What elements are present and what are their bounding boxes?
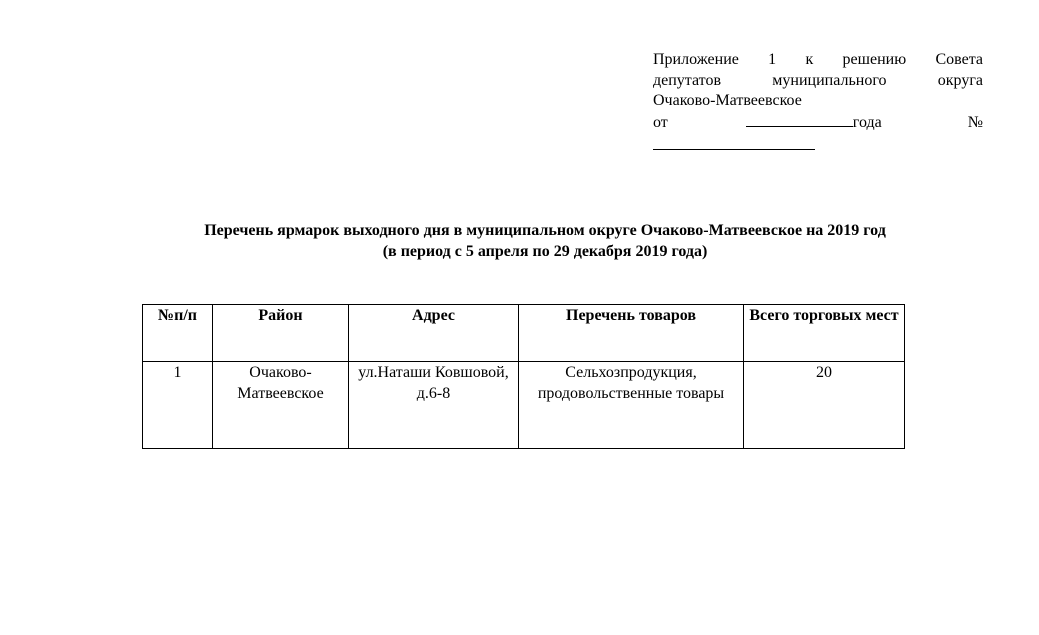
date-suffix: года [853, 113, 882, 134]
cell-district: Очаково-Матвеевское [213, 362, 349, 449]
appendix-header: Приложение 1 к решению Совета депутатов … [653, 50, 983, 133]
cell-goods: Сельхозпродукция, продовольственные това… [519, 362, 744, 449]
appendix-word: муниципального [772, 71, 886, 92]
title-line-2: (в период с 5 апреля по 29 декабря 2019 … [0, 241, 1039, 262]
appendix-date-row: от года № [653, 112, 983, 134]
header-goods: Перечень товаров [519, 305, 744, 362]
appendix-word: к [805, 50, 813, 71]
number-blank-line [653, 131, 815, 150]
header-number: №п/п [143, 305, 213, 362]
header-address: Адрес [349, 305, 519, 362]
title-line-1: Перечень ярмарок выходного дня в муницип… [0, 220, 1039, 241]
header-places: Всего торговых мест [744, 305, 905, 362]
appendix-word: округа [938, 71, 983, 92]
appendix-line-2: депутатов муниципального округа [653, 71, 983, 92]
appendix-word: Приложение [653, 50, 739, 71]
cell-places: 20 [744, 362, 905, 449]
appendix-line-3: Очаково-Матвеевское [653, 91, 983, 112]
table-header-row: №п/п Район Адрес Перечень товаров Всего … [143, 305, 905, 362]
cell-address: ул.Наташи Ковшовой, д.6-8 [349, 362, 519, 449]
cell-number: 1 [143, 362, 213, 449]
appendix-word: Совета [935, 50, 983, 71]
appendix-word: решению [843, 50, 907, 71]
document-title: Перечень ярмарок выходного дня в муницип… [0, 220, 1039, 262]
table-row: 1 Очаково-Матвеевское ул.Наташи Ковшовой… [143, 362, 905, 449]
fairs-table: №п/п Район Адрес Перечень товаров Всего … [142, 304, 905, 449]
date-blank-line [746, 112, 853, 127]
date-prefix: от [653, 113, 668, 134]
header-district: Район [213, 305, 349, 362]
appendix-word: 1 [768, 50, 776, 71]
appendix-line-1: Приложение 1 к решению Совета [653, 50, 983, 71]
number-sign: № [968, 113, 983, 134]
appendix-word: депутатов [653, 71, 721, 92]
